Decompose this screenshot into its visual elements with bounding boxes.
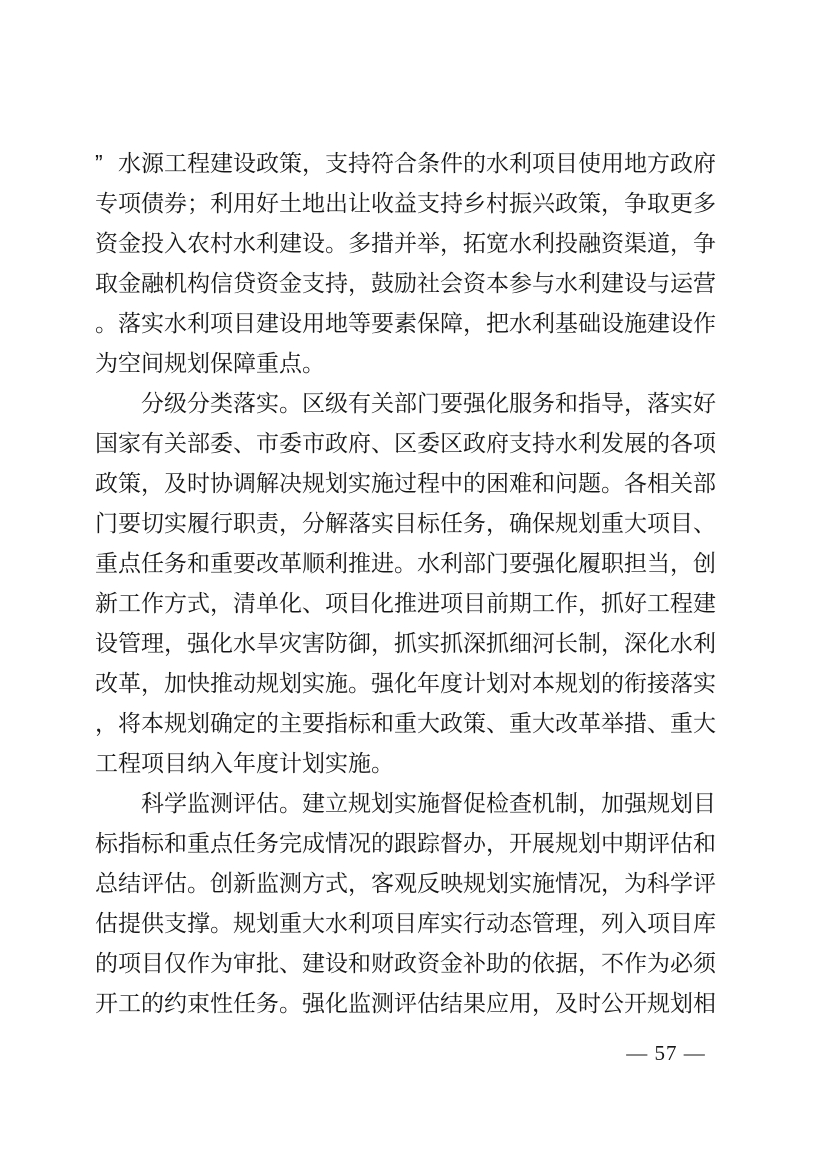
text-line: 工程项目纳入年度计划实施。 <box>95 743 755 783</box>
document-text: ”水源工程建设政策，支持符合条件的水利项目使用地方政府 专项债券；利用好土地出让… <box>95 143 755 1023</box>
text-line-content: 水源工程建设政策，支持符合条件的水利项目使用地方政府 <box>118 150 716 176</box>
paragraph-2: 分级分类落实。区级有关部门要强化服务和指导，落实好 国家有关部委、市委市政府、区… <box>95 383 755 783</box>
text-line: 国家有关部委、市委市政府、区委区政府支持水利发展的各项 <box>95 423 755 463</box>
text-line: 重点任务和重要改革顺利推进。水利部门要强化履职担当，创 <box>95 543 755 583</box>
text-line: 政策，及时协调解决规划实施过程中的困难和问题。各相关部 <box>95 463 755 503</box>
text-line: 专项债券；利用好土地出让收益支持乡村振兴政策，争取更多 <box>95 183 755 223</box>
text-line: 。落实水利项目建设用地等要素保障，把水利基础设施建设作 <box>95 303 755 343</box>
text-line: 分级分类落实。区级有关部门要强化服务和指导，落实好 <box>95 383 755 423</box>
text-line: 为空间规划保障重点。 <box>95 343 755 383</box>
text-line: 门要切实履行职责，分解落实目标任务，确保规划重大项目、 <box>95 503 755 543</box>
text-line: 设管理，强化水旱灾害防御，抓实抓深抓细河长制，深化水利 <box>95 623 755 663</box>
closing-quote-mark: ” <box>95 143 118 183</box>
text-line: 改革，加快推动规划实施。强化年度计划对本规划的衔接落实 <box>95 663 755 703</box>
text-line: 新工作方式，清单化、项目化推进项目前期工作，抓好工程建 <box>95 583 755 623</box>
text-line: 科学监测评估。建立规划实施督促检查机制，加强规划目 <box>95 783 755 823</box>
text-line: 开工的约束性任务。强化监测评估结果应用，及时公开规划相 <box>95 983 755 1023</box>
text-line: ”水源工程建设政策，支持符合条件的水利项目使用地方政府 <box>95 143 755 183</box>
text-line: ，将本规划确定的主要指标和重大政策、重大改革举措、重大 <box>95 703 755 743</box>
text-line: 资金投入农村水利建设。多措并举，拓宽水利投融资渠道，争 <box>95 223 755 263</box>
page-number: — 57 — <box>600 1041 732 1066</box>
text-line: 取金融机构信贷资金支持，鼓励社会资本参与水利建设与运营 <box>95 263 755 303</box>
paragraph-1: ”水源工程建设政策，支持符合条件的水利项目使用地方政府 专项债券；利用好土地出让… <box>95 143 755 383</box>
paragraph-3: 科学监测评估。建立规划实施督促检查机制，加强规划目 标指标和重点任务完成情况的跟… <box>95 783 755 1023</box>
text-line: 估提供支撑。规划重大水利项目库实行动态管理，列入项目库 <box>95 903 755 943</box>
text-line: 的项目仅作为审批、建设和财政资金补助的依据，不作为必须 <box>95 943 755 983</box>
text-line: 总结评估。创新监测方式，客观反映规划实施情况，为科学评 <box>95 863 755 903</box>
text-line: 标指标和重点任务完成情况的跟踪督办，开展规划中期评估和 <box>95 823 755 863</box>
